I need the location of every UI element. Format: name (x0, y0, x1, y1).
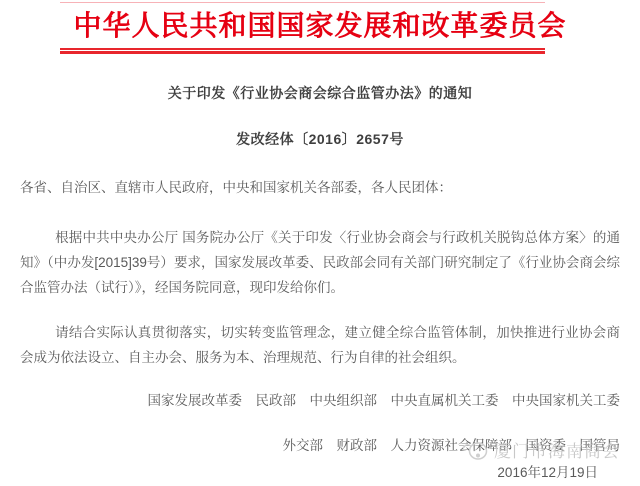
document-body: 各省、自治区、直辖市人民政府，中央和国家机关各部委，各人民团体： 根据中共中央办… (20, 175, 620, 370)
chamber-account-row: 厦门市海南商会 (460, 441, 620, 463)
paragraph-2: 请结合实际认真贯彻落实，切实转变监管理念，建立健全综合监管体制，加快推进行业协会… (20, 320, 620, 370)
masthead-double-rule (60, 48, 545, 54)
masthead: 中华人民共和国国家发展和改革委员会 (0, 0, 640, 54)
chamber-seal-icon (460, 442, 494, 461)
signatories-line-1: 国家发展改革委 民政部 中央组织部 中央直属机关工委 中央国家机关工委 (20, 388, 620, 413)
document-date: 2016年12月19日 (460, 464, 598, 482)
document-title: 关于印发《行业协会商会综合监管办法》的通知 (0, 83, 640, 103)
top-rule (60, 2, 545, 3)
rule-bottom (60, 51, 545, 54)
paragraph-1: 根据中共中央办公厅 国务院办公厅《关于印发〈行业协会商会与行政机关脱钩总体方案〉… (20, 225, 620, 300)
document-page: 中华人民共和国国家发展和改革委员会 关于印发《行业协会商会综合监管办法》的通知 … (0, 0, 640, 486)
salutation: 各省、自治区、直辖市人民政府，中央和国家机关各部委，各人民团体： (20, 175, 620, 200)
document-number: 发改经体〔2016〕2657号 (0, 129, 640, 149)
chamber-account-name: 厦门市海南商会 (494, 442, 620, 461)
footer: 厦门市海南商会 2016年12月19日 (460, 441, 620, 482)
agency-title: 中华人民共和国国家发展和改革委员会 (0, 9, 640, 45)
